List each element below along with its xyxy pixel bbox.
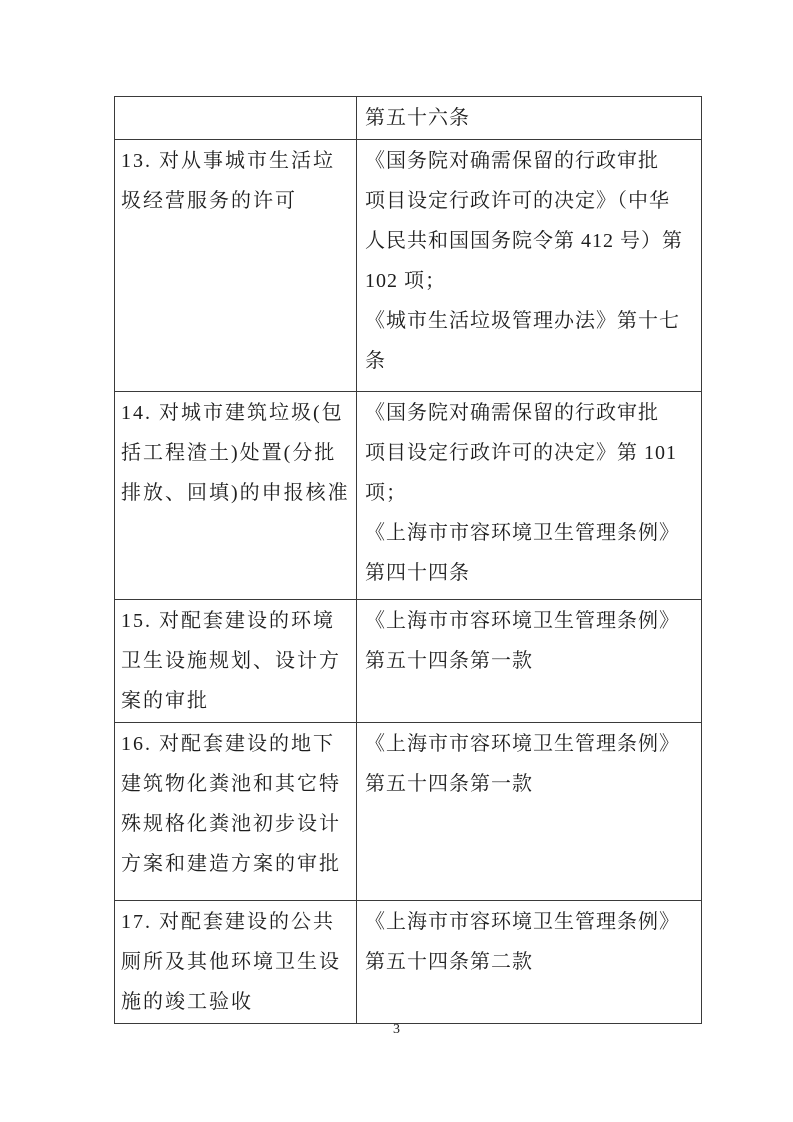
page-number: 3 — [0, 1022, 793, 1038]
item-cell: 17. 对配套建设的公共 厕所及其他环境卫生设 施的竣工验收 — [115, 901, 357, 1024]
table-row: 第五十六条 — [115, 97, 702, 140]
legal-basis-cell: 第五十六条 — [357, 97, 702, 140]
table-row: 16. 对配套建设的地下 建筑物化粪池和其它特 殊规格化粪池初步设计 方案和建造… — [115, 723, 702, 901]
item-cell: 15. 对配套建设的环境 卫生设施规划、设计方 案的审批 — [115, 600, 357, 723]
approval-items-table: 第五十六条 13. 对从事城市生活垃 圾经营服务的许可 《国务院对确需保留的行政… — [114, 96, 702, 1024]
item-cell: 16. 对配套建设的地下 建筑物化粪池和其它特 殊规格化粪池初步设计 方案和建造… — [115, 723, 357, 901]
item-cell: 13. 对从事城市生活垃 圾经营服务的许可 — [115, 140, 357, 392]
table-row: 15. 对配套建设的环境 卫生设施规划、设计方 案的审批 《上海市市容环境卫生管… — [115, 600, 702, 723]
item-cell — [115, 97, 357, 140]
legal-basis-cell: 《上海市市容环境卫生管理条例》 第五十四条第二款 — [357, 901, 702, 1024]
legal-basis-cell: 《上海市市容环境卫生管理条例》 第五十四条第一款 — [357, 600, 702, 723]
document-page: 第五十六条 13. 对从事城市生活垃 圾经营服务的许可 《国务院对确需保留的行政… — [0, 0, 793, 1122]
table-row: 13. 对从事城市生活垃 圾经营服务的许可 《国务院对确需保留的行政审批 项目设… — [115, 140, 702, 392]
table-row: 17. 对配套建设的公共 厕所及其他环境卫生设 施的竣工验收 《上海市市容环境卫… — [115, 901, 702, 1024]
item-cell: 14. 对城市建筑垃圾(包 括工程渣土)处置(分批 排放、回填)的申报核准 — [115, 392, 357, 600]
legal-basis-cell: 《国务院对确需保留的行政审批 项目设定行政许可的决定》第 101 项； 《上海市… — [357, 392, 702, 600]
legal-basis-cell: 《国务院对确需保留的行政审批 项目设定行政许可的决定》（中华 人民共和国国务院令… — [357, 140, 702, 392]
table-row: 14. 对城市建筑垃圾(包 括工程渣土)处置(分批 排放、回填)的申报核准 《国… — [115, 392, 702, 600]
legal-basis-cell: 《上海市市容环境卫生管理条例》 第五十四条第一款 — [357, 723, 702, 901]
